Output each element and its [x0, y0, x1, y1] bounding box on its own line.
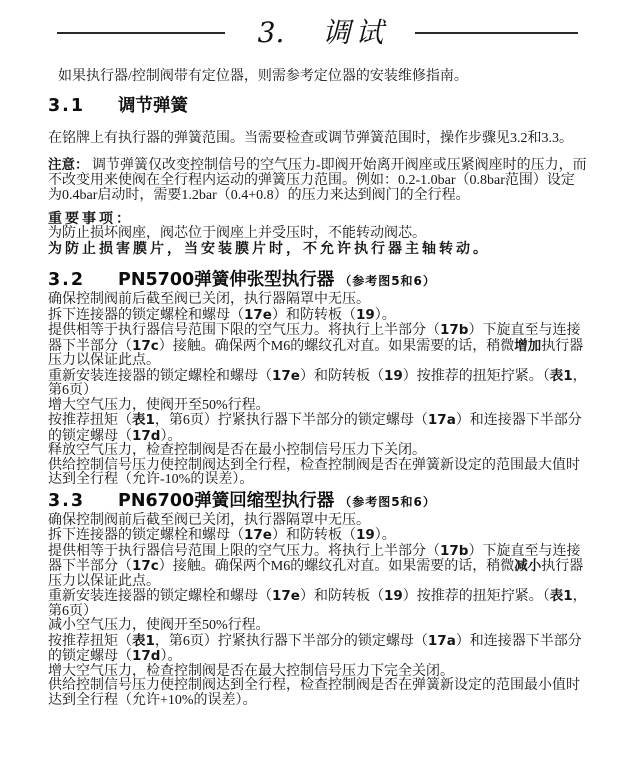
document-page: 3. 调试 如果执行器/控制阀带有定位器，则需参考定位器的安装维修指南。 3.1… [0, 0, 625, 784]
section-3-1-number: 3.1 [48, 96, 85, 116]
chapter-title: 调试 [322, 16, 388, 50]
step-paragraph: 释放空气压力，检查控制阀是否在最小控制信号压力下关闭。 [48, 444, 587, 459]
step-paragraph: 按推荐扭矩（表1，第6页）拧紧执行器下半部分的锁定螺母（17a）和连接器下半部分… [48, 413, 587, 444]
section-3-2-heading: 3.2 PN5700弹簧伸张型执行器 （参考图5和6） [48, 270, 587, 291]
section-3-2-number: 3.2 [48, 270, 85, 290]
step-paragraph: 供给控制信号压力使控制阀达到全行程，检查控制阀是否在弹簧新设定的范围最大值时达到… [48, 459, 587, 488]
step-paragraph: 减小空气压力，使阀开至50%行程。 [48, 619, 587, 634]
section-3-1-body: 在铭牌上有执行器的弹簧范围。当需要检查或调节弹簧范围时，操作步骤见3.2和3.3… [48, 131, 587, 146]
important-line-2: 为防止损害膜片，当安装膜片时，不允许执行器主轴转动。 [48, 241, 587, 257]
section-3-3-heading: 3.3 PN6700弹簧回缩型执行器 （参考图5和6） [48, 491, 587, 512]
step-paragraph: 增大空气压力，检查控制阀是否在最大控制信号压力下完全关闭。 [48, 665, 587, 680]
title-rule-right [415, 32, 578, 34]
step-paragraph: 确保控制阀前后截至阀已关闭，执行器隔罩中无压。 [48, 293, 587, 308]
step-paragraph: 增大空气压力，使阀开至50%行程。 [48, 399, 587, 414]
step-paragraph: 重新安装连接器的锁定螺栓和螺母（17e）和防转板（19）按推荐的扭矩拧紧。（表1… [48, 589, 587, 619]
chapter-heading: 3. 调试 [258, 16, 389, 50]
section-3-3-figure-reference: （参考图5和6） [339, 492, 436, 512]
step-paragraph: 拆下连接器的锁定螺栓和螺母（17e）和防转板（19）。 [48, 528, 587, 544]
section-3-1-title: 调节弹簧 [118, 96, 188, 116]
step-paragraph: 提供相等于执行器信号范围下限的空气压力。将执行上半部分（17b）下旋直至与连接器… [48, 323, 587, 369]
step-paragraph: 提供相等于执行器信号范围上限的空气压力。将执行上半部分（17b）下旋直至与连接器… [48, 544, 587, 590]
section-3-3-number: 3.3 [48, 491, 85, 511]
step-paragraph: 供给控制信号压力使控制阀达到全行程，检查控制阀是否在弹簧新设定的范围最小值时达到… [48, 679, 587, 708]
section-3-2-title: PN5700弹簧伸张型执行器 [118, 270, 334, 290]
step-paragraph: 确保控制阀前后截至阀已关闭，执行器隔罩中无压。 [48, 514, 587, 529]
section-3-3-title: PN6700弹簧回缩型执行器 [118, 491, 334, 511]
section-3-1: 3.1 调节弹簧 在铭牌上有执行器的弹簧范围。当需要检查或调节弹簧范围时，操作步… [48, 96, 587, 146]
step-paragraph: 重新安装连接器的锁定螺栓和螺母（17e）和防转板（19）按推荐的扭矩拧紧。（表1… [48, 369, 587, 399]
page-content: 3. 调试 如果执行器/控制阀带有定位器，则需参考定位器的安装维修指南。 3.1… [0, 0, 625, 708]
chapter-header: 3. 调试 [48, 14, 587, 52]
intro-paragraph: 如果执行器/控制阀带有定位器，则需参考定位器的安装维修指南。 [48, 69, 587, 84]
section-3-2: 3.2 PN5700弹簧伸张型执行器 （参考图5和6） 确保控制阀前后截至阀已关… [48, 270, 587, 488]
section-3-2-figure-reference: （参考图5和6） [339, 271, 436, 291]
step-paragraph: 按推荐扭矩（表1，第6页）拧紧执行器下半部分的锁定螺母（17a）和连接器下半部分… [48, 634, 587, 665]
important-line-1: 为防止损坏阀座，阀芯位于阀座上并受压时，不能转动阀芯。 [48, 227, 587, 242]
step-paragraph: 拆下连接器的锁定螺栓和螺母（17e）和防转板（19）。 [48, 308, 587, 324]
section-3-3: 3.3 PN6700弹簧回缩型执行器 （参考图5和6） 确保控制阀前后截至阀已关… [48, 491, 587, 709]
important-block: 重要事项： 为防止损坏阀座，阀芯位于阀座上并受压时，不能转动阀芯。 为防止损害膜… [48, 212, 587, 258]
title-rule-left [57, 32, 225, 34]
section-3-1-heading: 3.1 调节弹簧 [48, 96, 587, 116]
chapter-number: 3. [258, 16, 285, 50]
important-heading: 重要事项： [48, 212, 587, 227]
note-paragraph: 注意： 调节弹簧仅改变控制信号的空气压力-即阀开始离开阀座或压紧阀座时的压力，而… [48, 158, 587, 203]
